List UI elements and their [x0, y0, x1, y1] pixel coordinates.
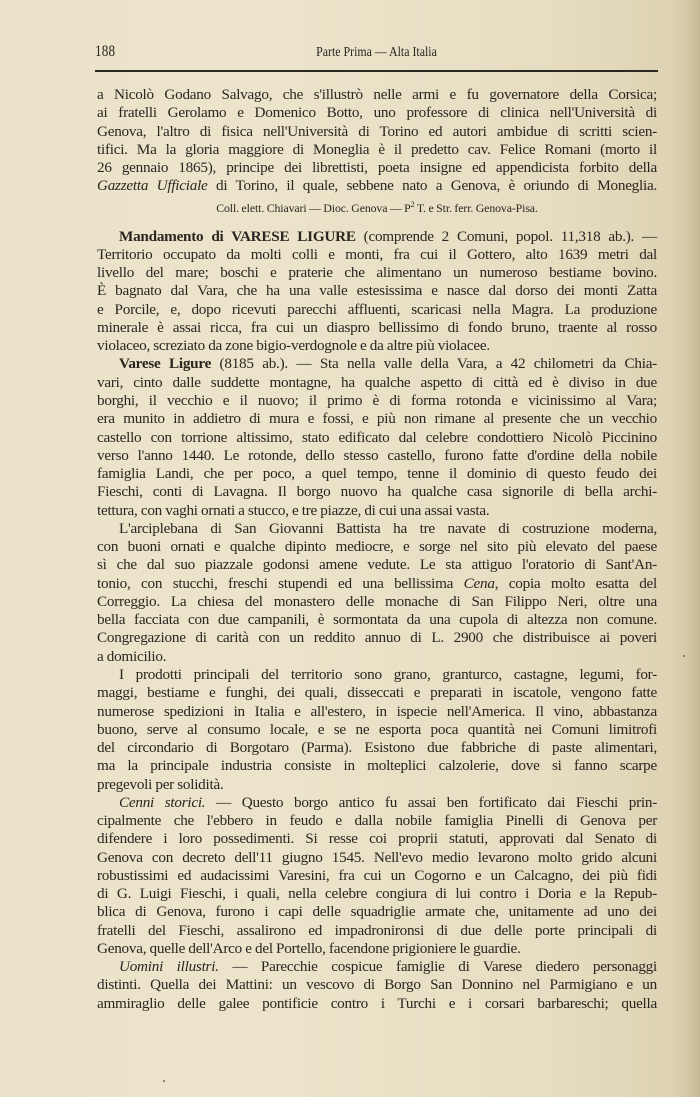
- text-line: Congregazione di carità con un reddito a…: [97, 629, 657, 647]
- text-line: famiglia Landi, che per poco, a quel tem…: [97, 465, 657, 483]
- book-page: 188 Parte Prima — Alta Italia a Nicolò G…: [0, 0, 700, 1097]
- text-line: ma la principale industria consiste in m…: [97, 757, 657, 775]
- text-line: bella facciata con due campanili, è sorm…: [97, 611, 657, 629]
- text-line: Cenni storici. — Questo borgo antico fu …: [97, 794, 657, 812]
- section-heading: Uomini illustri.: [119, 958, 219, 975]
- italic-title: Cena: [464, 575, 495, 592]
- text-line: fratelli del Fieschi, assalirono ed impa…: [97, 922, 657, 940]
- text-line: Varese Ligure (8185 ab.). — Sta nella va…: [97, 355, 657, 373]
- text-line: ammiraglio delle galee pontificie contro…: [97, 995, 657, 1013]
- text-line: numerose spedizioni in Italia e all'este…: [97, 703, 657, 721]
- text-line: Genova con decreto dell'11 giugno 1545. …: [97, 849, 657, 867]
- paragraph-moneglia-people: a Nicolò Godano Salvago, che s'illustrò …: [97, 86, 657, 196]
- text-line: distinti. Quella dei Mattini: un vescovo…: [97, 976, 657, 994]
- text-segment: (8185 ab.). — Sta nella valle della Vara…: [211, 355, 657, 372]
- paragraph-arciplebana: L'arciplebana di San Giovanni Battista h…: [97, 520, 657, 666]
- text-line: I prodotti principali del territorio son…: [97, 666, 657, 684]
- text-line: borghi, il vecchio e il nuovo; il primo …: [97, 392, 657, 410]
- text-line: vari, cinto dalle suddette montagne, ha …: [97, 374, 657, 392]
- text-line: era munito in addietro di mura e fossi, …: [97, 410, 657, 428]
- text-line: Fieschi, conti di Lavagna. Il borgo nuov…: [97, 483, 657, 501]
- text-segment: — Questo borgo antico fu assai ben forti…: [205, 794, 657, 811]
- text-line: castello con torrione altissimo, stato e…: [97, 429, 657, 447]
- text-line: Genova, quelle dell'Arco e del Portello,…: [97, 940, 657, 958]
- text-line: 26 gennaio 1865), principe dei librettis…: [97, 159, 657, 177]
- text-line: cipalmente che l'ebbero in feudo e dalla…: [97, 812, 657, 830]
- text-line: buono, serve al consumo locale, e se ne …: [97, 721, 657, 739]
- text-line: pregevoli per solidità.: [97, 776, 657, 794]
- paragraph-varese-ligure: Varese Ligure (8185 ab.). — Sta nella va…: [97, 355, 657, 519]
- section-heading: Mandamento di VARESE LIGURE: [119, 228, 356, 245]
- text-segment: T. e Str. ferr. Genova-Pisa.: [415, 201, 538, 215]
- section-heading: Varese Ligure: [119, 355, 211, 372]
- running-head: 188 Parte Prima — Alta Italia: [95, 43, 658, 65]
- text-line: Correggio. La chiesa del monastero delle…: [97, 593, 657, 611]
- text-line: ai fratelli Gerolamo e Domenico Botto, u…: [97, 104, 657, 122]
- section-heading: Cenni storici.: [119, 794, 205, 811]
- paragraph-uomini-illustri: Uomini illustri. — Parecchie cospicue fa…: [97, 958, 657, 1013]
- text-line: a Nicolò Godano Salvago, che s'illustrò …: [97, 86, 657, 104]
- paragraph-mandamento: Mandamento di VARESE LIGURE (comprende 2…: [97, 228, 657, 356]
- text-line: L'arciplebana di San Giovanni Battista h…: [97, 520, 657, 538]
- text-line: È bagnato dal Vara, che ha una valle est…: [97, 282, 657, 300]
- paper-speck: [683, 655, 685, 657]
- running-title: Parte Prima — Alta Italia: [129, 44, 624, 60]
- text-line: Genova, l'altro di fisica nell'Universit…: [97, 123, 657, 141]
- text-line: di G. Luigi Fieschi, i quali, nella cele…: [97, 885, 657, 903]
- text-line: verso l'anno 1440. Le rotonde, dello ste…: [97, 447, 657, 465]
- text-line: e Porcile, e, dopo ricevuti parecchi aff…: [97, 301, 657, 319]
- italic-title: Gazzetta Ufficiale: [97, 177, 208, 194]
- header-rule: [95, 70, 658, 72]
- text-line: difendere i loro possedimenti. Si resse …: [97, 830, 657, 848]
- text-line: maggi, bestiame e funghi, dei quali, dis…: [97, 684, 657, 702]
- body-text: a Nicolò Godano Salvago, che s'illustrò …: [97, 86, 657, 1013]
- paragraph-cenni-storici: Cenni storici. — Questo borgo antico fu …: [97, 794, 657, 958]
- text-segment: , copia molto esatta del: [495, 575, 657, 592]
- electoral-note: Coll. elett. Chiavari — Dioc. Genova — P…: [97, 197, 657, 219]
- text-line: del circondario di Borgotaro (Parma). Es…: [97, 739, 657, 757]
- page-edge-shadow: [688, 0, 700, 1097]
- text-line: Uomini illustri. — Parecchie cospicue fa…: [97, 958, 657, 976]
- text-segment: di Torino, il quale, sebbene nato a Geno…: [208, 177, 657, 194]
- text-segment: Coll. elett. Chiavari — Dioc. Genova — P: [216, 201, 410, 215]
- paper-speck: [163, 1080, 165, 1082]
- text-line: tonio, con stucchi, freschi stupendi ed …: [97, 575, 657, 593]
- text-line: robustissimi ed audacissimi Varesini, fr…: [97, 867, 657, 885]
- text-line: con buoni ornati e qualche dipinto medio…: [97, 538, 657, 556]
- text-line: blica di Genova, furono i capi delle squ…: [97, 903, 657, 921]
- paragraph-prodotti: I prodotti principali del territorio son…: [97, 666, 657, 794]
- text-line: Territorio occupato da molti colli e mon…: [97, 246, 657, 264]
- text-line: sì che dal suo piazzale godonsi amene ve…: [97, 556, 657, 574]
- text-line: minerale è assai ricca, fra cui un diasp…: [97, 319, 657, 337]
- text-line: livello del mare; boschi e praterie che …: [97, 264, 657, 282]
- text-line: tettura, con vaghi ornati a stucco, e tr…: [97, 502, 657, 520]
- text-segment: tonio, con stucchi, freschi stupendi ed …: [97, 575, 464, 592]
- text-line: Mandamento di VARESE LIGURE (comprende 2…: [97, 228, 657, 246]
- text-segment: — Parecchie cospicue famiglie di Varese …: [219, 958, 657, 975]
- text-line: Gazzetta Ufficiale di Torino, il quale, …: [97, 177, 657, 195]
- text-line: tifici. Ma la gloria maggiore di Monegli…: [97, 141, 657, 159]
- text-line: violaceo, screziato da zone bigio-verdog…: [97, 337, 657, 355]
- text-line: a domicilio.: [97, 648, 657, 666]
- text-segment: (comprende 2 Comuni, popol. 11,318 ab.).…: [356, 228, 657, 245]
- page-number: 188: [95, 43, 115, 61]
